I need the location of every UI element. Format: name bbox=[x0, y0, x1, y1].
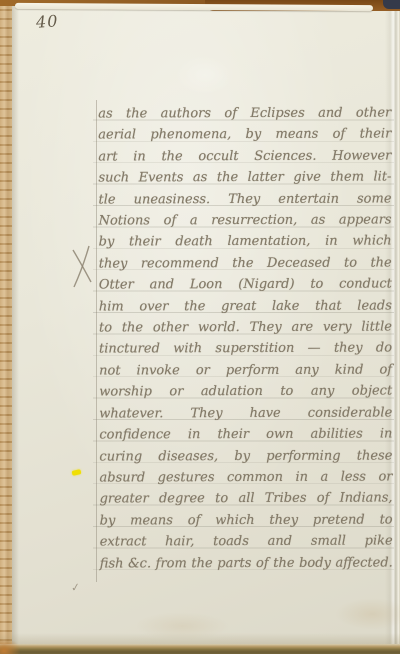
text-line: greater degree to all Tribes of Indians, bbox=[100, 488, 393, 510]
text-line: as the authors of Eclipses and other bbox=[98, 102, 391, 124]
text-line: worship or adulation to any object bbox=[99, 381, 392, 403]
text-line: Otter and Loon (Nigard) to conduct bbox=[99, 274, 392, 296]
text-line: such Events as the latter give them lit- bbox=[98, 167, 391, 189]
text-line: whatever. They have considerable bbox=[99, 402, 392, 424]
text-line: they recommend the Deceased to the bbox=[99, 252, 392, 274]
cover-corner-blob bbox=[383, 0, 400, 9]
margin-rule-line bbox=[96, 100, 97, 582]
text-line: absurd gestures common in a less or bbox=[99, 466, 392, 488]
text-line: to the other world. They are very little bbox=[99, 317, 392, 339]
check-mark: ✓ bbox=[70, 580, 81, 594]
text-line: by their death lamentation, in which bbox=[99, 231, 392, 253]
paper-stain bbox=[335, 598, 400, 630]
text-line: him over the great lake that leads bbox=[99, 295, 392, 317]
text-line: not invoke or perform any kind of bbox=[99, 359, 392, 381]
book-bottom-edge bbox=[0, 644, 400, 654]
text-line: tinctured with superstition — they do bbox=[99, 338, 392, 360]
text-line: extract hair, toads and small pike bbox=[100, 531, 393, 553]
text-line: art in the occult Sciences. However bbox=[98, 145, 391, 167]
text-line: tle uneasiness. They entertain some bbox=[98, 188, 391, 210]
text-line: confidence in their own abilities in bbox=[99, 424, 392, 446]
page-binding-crease bbox=[11, 5, 19, 649]
text-line: Notions of a resurrection, as appears bbox=[99, 210, 392, 232]
text-line: aerial phenomena, by means of their bbox=[98, 124, 391, 146]
paper-stain bbox=[175, 55, 235, 95]
margin-x-mark bbox=[66, 241, 96, 289]
bottom-left-corner bbox=[0, 639, 20, 654]
page-number: 40 bbox=[35, 11, 59, 32]
text-line: curing diseases, by performing these bbox=[99, 445, 392, 467]
book-left-edge bbox=[0, 0, 12, 654]
text-line: by means of which they pretend to bbox=[100, 509, 393, 531]
manuscript-text: as the authors of Eclipses and other aer… bbox=[98, 102, 393, 574]
text-line: fish &c. from the parts of the body affe… bbox=[100, 552, 393, 574]
manuscript-scan: 40 as the authors of Eclipses and other … bbox=[0, 0, 400, 654]
